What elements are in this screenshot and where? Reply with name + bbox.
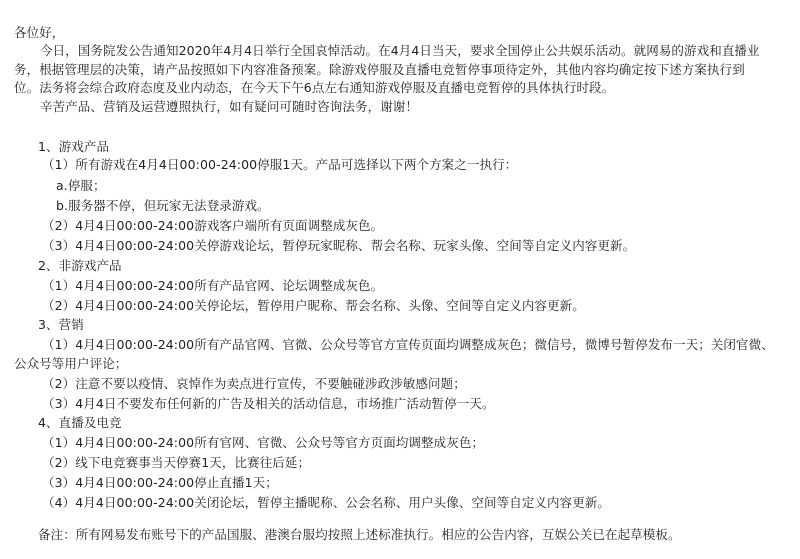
section-subitem: a.停服；	[56, 176, 106, 195]
intro-paragraph-line: 今日，国务院发公告通知2020年4月4日举行全国哀悼活动。在4月4日当天，要求全…	[40, 41, 760, 60]
note: 备注：所有网易发布账号下的产品国服、港澳台服均按照上述标准执行。相应的公告内容，…	[38, 525, 681, 544]
section-item: （3）4月4日不要发布任何新的广告及相关的活动信息，市场推广活动暂停一天。	[42, 394, 495, 413]
document: 各位好， 今日，国务院发公告通知2020年4月4日举行全国哀悼活动。在4月4日当…	[0, 0, 800, 559]
section-title-game-products: 1、游戏产品	[38, 137, 109, 156]
section-item: （1）4月4日00:00-24:00所有产品官网、论坛调整成灰色。	[42, 276, 383, 295]
greeting: 各位好，	[14, 23, 64, 42]
section-item: （3）4月4日00:00-24:00停止直播1天；	[42, 473, 278, 492]
section-item: （1）4月4日00:00-24:00所有产品官网、官微、公众号等官方宣传页面均调…	[42, 335, 774, 354]
section-item: （3）4月4日00:00-24:00关停游戏论坛，暂停玩家昵称、帮会名称、玩家头…	[42, 236, 635, 255]
section-title-marketing: 3、营销	[38, 315, 84, 334]
section-item: （2）线下电竞赛事当天停赛1天，比赛往后延；	[42, 453, 310, 472]
intro-paragraph-line: 务，根据管理层的决策，请产品按照如下内容准备预案。除游戏停服及直播电竞暂停事项待…	[14, 60, 745, 79]
section-title-non-game-products: 2、非游戏产品	[38, 256, 122, 275]
section-item: （1）4月4日00:00-24:00所有官网、官微、公众号等官方页面均调整成灰色…	[42, 433, 484, 452]
section-item: （2）注意不要以疫情、哀悼作为卖点进行宣传，不要触碰涉政涉敏感问题；	[42, 374, 466, 393]
thanks-line: 辛苦产品、营销及运营遵照执行，如有疑问可随时咨询法务，谢谢！	[40, 97, 418, 116]
section-item: （2）4月4日00:00-24:00游戏客户端所有页面调整成灰色。	[42, 216, 383, 235]
intro-paragraph-line: 位。法务将会综合政府态度及业内动态，在今天下午6点左右通知游戏停服及直播电竞暂停…	[14, 78, 614, 97]
section-item-continuation: 公众号等用户评论；	[14, 354, 127, 373]
section-item: （4）4月4日00:00-24:00关闭论坛，暂停主播昵称、公会名称、用户头像、…	[42, 493, 610, 512]
section-item: （2）4月4日00:00-24:00关停论坛，暂停用户昵称、帮会名称、头像、空间…	[42, 296, 585, 315]
section-subitem: b.服务器不停，但玩家无法登录游戏。	[56, 196, 270, 215]
section-title-live-esports: 4、直播及电竞	[38, 413, 122, 432]
section-item: （1）所有游戏在4月4日00:00-24:00停服1天。产品可选择以下两个方案之…	[42, 155, 517, 174]
